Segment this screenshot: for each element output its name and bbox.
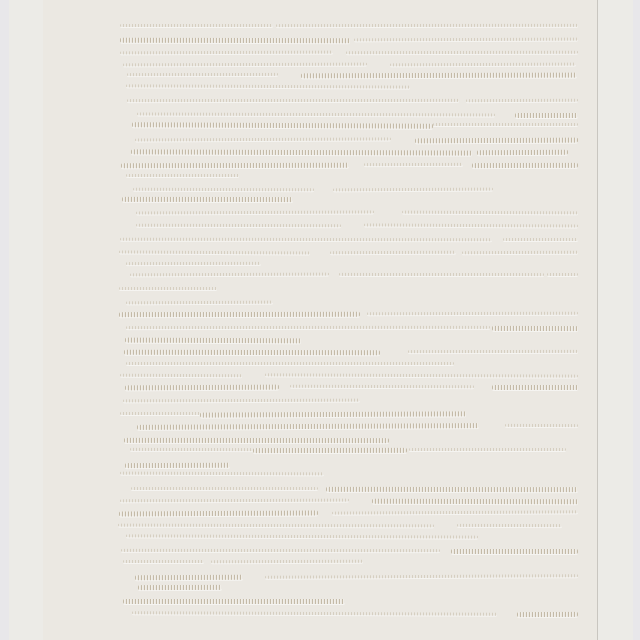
embossed-mark-row: [123, 399, 360, 403]
embossed-mark-row: [409, 448, 566, 451]
embossed-mark-row: [120, 24, 273, 27]
embossed-mark-row: [390, 63, 576, 67]
embossed-mark-row: [137, 423, 479, 430]
embossed-mark-row: [333, 187, 493, 191]
embossed-mark-row: [408, 350, 578, 353]
embossed-mark-row: [120, 50, 333, 54]
embossed-mark-row: [133, 187, 314, 190]
embossed-mark-row: [125, 463, 230, 468]
embossed-mark-row: [123, 599, 345, 604]
embossed-mark-row: [301, 73, 577, 79]
embossed-mark-row: [124, 350, 380, 356]
embossed-mark-row: [515, 113, 578, 118]
right-mount-board: [597, 0, 633, 640]
embossed-text-block: [118, 22, 578, 640]
embossed-mark-row: [130, 448, 253, 451]
embossed-mark-row: [364, 223, 578, 227]
embossed-mark-row: [119, 250, 310, 254]
embossed-mark-row: [433, 123, 578, 126]
embossed-mark-row: [326, 486, 578, 491]
embossed-mark-row: [131, 487, 318, 490]
embossed-mark-row: [119, 511, 318, 517]
embossed-mark-row: [505, 424, 578, 427]
embossed-mark-row: [492, 385, 578, 390]
embossed-mark-row: [367, 312, 578, 316]
embossed-mark-row: [462, 250, 578, 254]
embossed-mark-row: [265, 574, 578, 579]
embossed-mark-row: [125, 384, 279, 390]
embossed-mark-row: [119, 238, 491, 242]
embossed-mark-row: [290, 385, 474, 389]
embossed-mark-row: [364, 163, 463, 166]
embossed-mark-row: [118, 523, 434, 527]
embossed-mark-row: [123, 63, 367, 67]
embossed-mark-row: [126, 300, 273, 304]
embossed-mark-row: [126, 362, 454, 365]
embossed-mark-row: [138, 585, 222, 590]
embossed-mark-row: [211, 560, 363, 563]
embossed-mark-row: [126, 174, 239, 177]
embossed-mark-row: [372, 499, 578, 504]
embossed-mark-row: [472, 163, 578, 168]
embossed-mark-row: [135, 574, 243, 580]
embossed-mark-row: [132, 611, 497, 615]
embossed-mark-row: [276, 24, 578, 27]
embossed-mark-row: [354, 37, 578, 41]
embossed-mark-row: [131, 149, 472, 155]
embossed-mark-row: [120, 498, 349, 502]
embossed-mark-row: [346, 50, 578, 54]
embossed-mark-row: [265, 374, 578, 378]
embossed-mark-row: [127, 73, 278, 76]
left-mount-board: [9, 0, 44, 640]
embossed-mark-row: [119, 312, 360, 317]
embossed-mark-row: [135, 138, 391, 142]
embossed-mark-row: [132, 122, 433, 128]
embossed-mark-row: [517, 612, 578, 617]
embossed-mark-row: [126, 325, 490, 328]
embossed-mark-row: [457, 524, 562, 527]
embossed-mark-row: [120, 472, 324, 476]
embossed-mark-row: [119, 287, 217, 290]
embossed-mark-row: [126, 261, 261, 264]
embossed-mark-row: [136, 224, 341, 227]
embossed-mark-row: [122, 197, 293, 202]
embossed-mark-row: [137, 112, 495, 116]
embossed-mark-row: [120, 37, 350, 42]
embossed-mark-row: [126, 84, 410, 88]
embossed-mark-row: [125, 338, 301, 344]
embossed-mark-row: [130, 273, 329, 277]
embossed-mark-row: [121, 163, 349, 169]
embossed-mark-row: [492, 325, 578, 330]
embossed-mark-row: [477, 150, 568, 155]
embossed-mark-row: [329, 250, 455, 253]
embossed-mark-row: [451, 548, 578, 553]
embossed-mark-row: [547, 273, 578, 276]
embossed-mark-row: [339, 273, 544, 276]
paper-sheet: [43, 0, 597, 640]
embossed-mark-row: [127, 99, 459, 102]
embossed-mark-row: [402, 211, 578, 215]
embossed-mark-row: [120, 412, 200, 415]
embossed-mark-row: [126, 535, 478, 539]
embossed-mark-row: [332, 511, 578, 515]
embossed-mark-row: [503, 238, 578, 241]
embossed-mark-row: [120, 374, 242, 378]
embossed-mark-row: [121, 548, 440, 551]
embossed-mark-row: [123, 560, 204, 563]
embossed-mark-row: [253, 448, 407, 453]
embossed-mark-row: [200, 412, 466, 418]
embossed-mark-row: [136, 211, 374, 215]
embossed-mark-row: [466, 99, 578, 102]
embossed-mark-row: [415, 138, 578, 144]
embossed-mark-row: [124, 438, 389, 443]
